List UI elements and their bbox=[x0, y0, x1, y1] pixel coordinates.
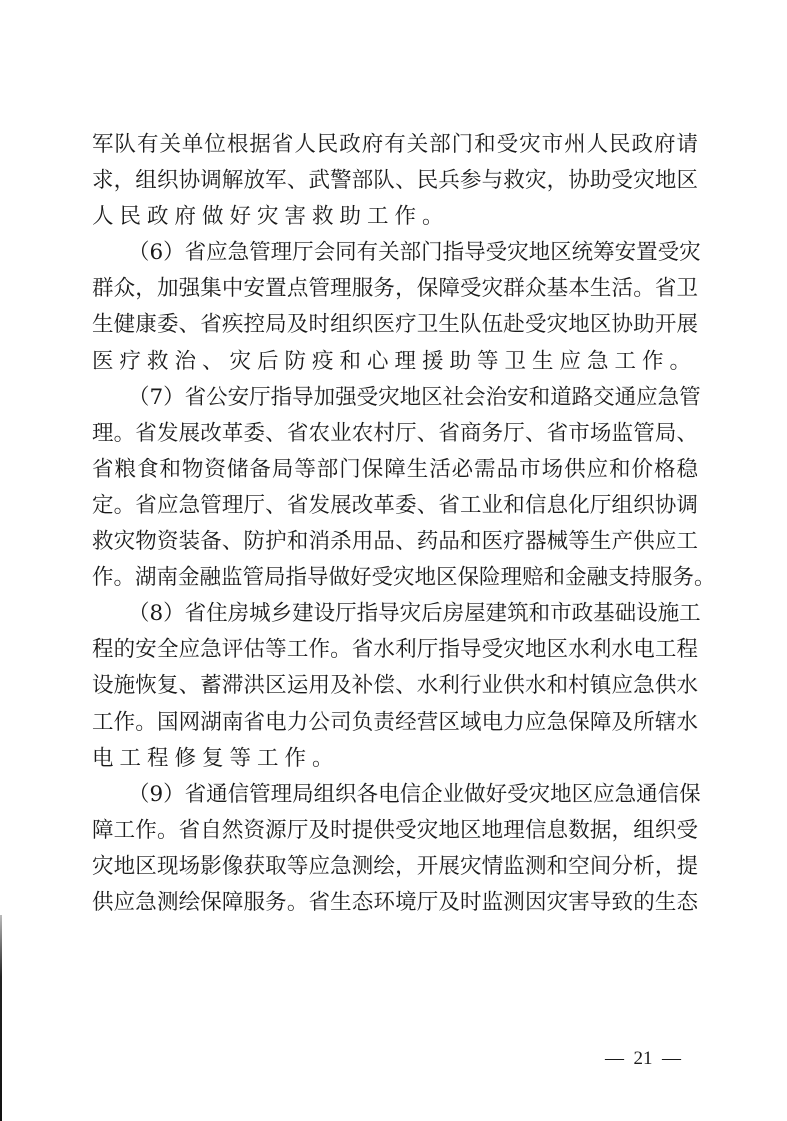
text-line: 军队有关单位根据省人民政府有关部门和受灾市州人民政府请 bbox=[92, 127, 698, 163]
text-line: 工作。国网湖南省电力公司负责经营区域电力应急保障及所辖水 bbox=[92, 705, 698, 741]
document-page: 军队有关单位根据省人民政府有关部门和受灾市州人民政府请 求，组织协调解放军、武警… bbox=[0, 0, 787, 1121]
text-line: 作。湖南金融监管局指导做好受灾地区保险理赔和金融支持服务。 bbox=[92, 560, 698, 596]
text-line: 灾地区现场影像获取等应急测绘，开展灾情监测和空间分析，提 bbox=[92, 849, 698, 885]
text-line: （8）省住房城乡建设厅指导灾后房屋建筑和市政基础设施工 bbox=[92, 596, 698, 632]
text-line: 求，组织协调解放军、武警部队、民兵参与救灾，协助受灾地区 bbox=[92, 163, 698, 199]
text-line: 人民政府做好灾害救助工作。 bbox=[92, 199, 698, 235]
page-number: — 21 — bbox=[605, 1048, 681, 1070]
text-line: 供应急测绘保障服务。省生态环境厅及时监测因灾害导致的生态 bbox=[92, 885, 698, 921]
text-line: 省粮食和物资储备局等部门保障生活必需品市场供应和价格稳 bbox=[92, 452, 698, 488]
text-line: 电工程修复等工作。 bbox=[92, 741, 698, 777]
text-line: （9）省通信管理局组织各电信企业做好受灾地区应急通信保 bbox=[92, 777, 698, 813]
text-line: 医疗救治、灾后防疫和心理援助等卫生应急工作。 bbox=[92, 344, 698, 380]
paragraph-item-6: （6）省应急管理厅会同有关部门指导受灾地区统筹安置受灾 群众，加强集中安置点管理… bbox=[92, 235, 698, 379]
paragraph-item-9: （9）省通信管理局组织各电信企业做好受灾地区应急通信保 障工作。省自然资源厅及时… bbox=[92, 777, 698, 921]
text-line: 设施恢复、蓄滞洪区运用及补偿、水利行业供水和村镇应急供水 bbox=[92, 668, 698, 704]
text-line: 救灾物资装备、防护和消杀用品、药品和医疗器械等生产供应工 bbox=[92, 524, 698, 560]
text-line: （6）省应急管理厅会同有关部门指导受灾地区统筹安置受灾 bbox=[92, 235, 698, 271]
text-line: （7）省公安厅指导加强受灾地区社会治安和道路交通应急管 bbox=[92, 380, 698, 416]
text-line: 生健康委、省疾控局及时组织医疗卫生队伍赴受灾地区协助开展 bbox=[92, 307, 698, 343]
text-line: 理。省发展改革委、省农业农村厅、省商务厅、省市场监管局、 bbox=[92, 416, 698, 452]
paragraph-item-8: （8）省住房城乡建设厅指导灾后房屋建筑和市政基础设施工 程的安全应急评估等工作。… bbox=[92, 596, 698, 776]
body-text: 军队有关单位根据省人民政府有关部门和受灾市州人民政府请 求，组织协调解放军、武警… bbox=[92, 127, 698, 921]
scan-edge-shadow bbox=[0, 915, 2, 1121]
text-line: 障工作。省自然资源厅及时提供受灾地区地理信息数据，组织受 bbox=[92, 813, 698, 849]
text-line: 定。省应急管理厅、省发展改革委、省工业和信息化厅组织协调 bbox=[92, 488, 698, 524]
text-line: 程的安全应急评估等工作。省水利厅指导受灾地区水利水电工程 bbox=[92, 632, 698, 668]
paragraph-continued: 军队有关单位根据省人民政府有关部门和受灾市州人民政府请 求，组织协调解放军、武警… bbox=[92, 127, 698, 235]
paragraph-item-7: （7）省公安厅指导加强受灾地区社会治安和道路交通应急管 理。省发展改革委、省农业… bbox=[92, 380, 698, 597]
text-line: 群众，加强集中安置点管理服务，保障受灾群众基本生活。省卫 bbox=[92, 271, 698, 307]
